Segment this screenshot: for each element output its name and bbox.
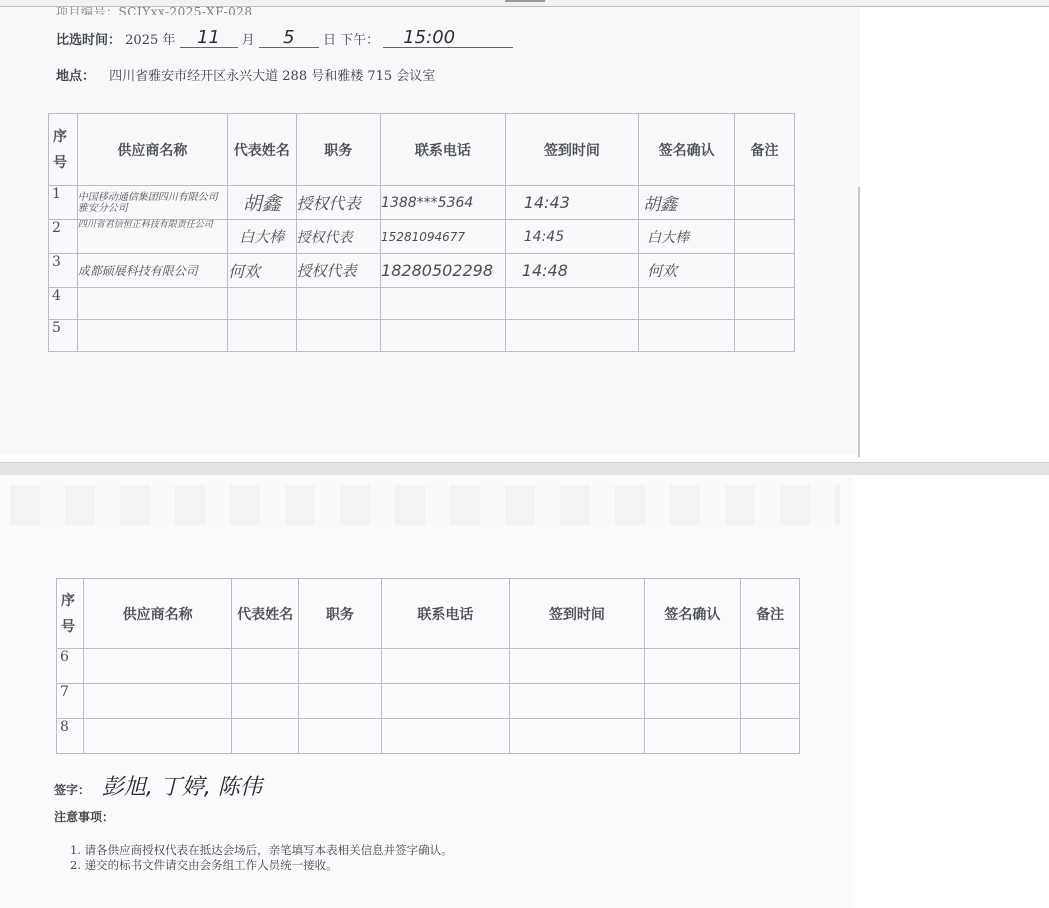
table-row: 8 [57,719,800,754]
row-signin-time [510,719,644,754]
header-phone: 联系电话 [381,114,506,186]
notes-list: 1. 请各供应商授权代表在抵达会场后，亲笔填写本表相关信息并签字确认。 2. 递… [70,843,453,873]
row-note [741,649,800,684]
header-signature: 签名确认 [644,579,741,649]
day-field: 5 [259,29,319,48]
row-rep-name [232,719,299,754]
table-row: 5 [49,320,795,352]
bid-time-line: 比选时间： 2025 年 11 月 5 日 下午： 15:00 [56,29,513,48]
document-page-1: 项目编号：SCJYxx-2025-XF-028 比选时间： 2025 年 11 … [0,7,860,455]
row-supplier [83,719,231,754]
notes-title: 注意事项： [54,808,114,825]
table-row: 3 成都硕展科技有限公司 何欢 授权代表 18280502298 14:48 何… [49,254,795,288]
row-seq: 4 [49,288,78,320]
row-note [741,684,800,719]
note-item: 1. 请各供应商授权代表在抵达会场后，亲笔填写本表相关信息并签字确认。 [70,843,453,858]
header-signin-time: 签到时间 [510,579,644,649]
row-phone [381,649,509,684]
row-signature [644,719,741,754]
row-signin-time: 14:48 [505,254,638,288]
row-supplier: 中国移动通信集团四川有限公司雅安分公司 [77,186,227,220]
row-note [735,320,795,352]
bid-time-label: 比选时间： [56,33,121,48]
row-phone [381,684,509,719]
note-item: 2. 递交的标书文件请交由会务组工作人员统一接收。 [70,858,453,873]
row-supplier: 成都硕展科技有限公司 [77,254,227,288]
table-row: 1 中国移动通信集团四川有限公司雅安分公司 胡鑫 授权代表 1388***536… [49,186,795,220]
row-seq: 6 [57,649,84,684]
row-title: 授权代表 [296,220,381,254]
signin-table-page1: 序号 供应商名称 代表姓名 职务 联系电话 签到时间 签名确认 备注 1 中国移… [48,113,795,352]
row-signature [639,288,735,320]
scroll-thumb[interactable] [505,0,545,2]
row-supplier: 四川省君信恒正科技有限责任公司 [77,220,227,254]
row-phone: 18280502298 [381,254,506,288]
row-supplier [77,288,227,320]
header-seq: 序号 [57,579,84,649]
row-title [299,649,382,684]
header-title: 职务 [296,114,381,186]
row-rep-name [232,684,299,719]
row-seq: 1 [49,186,78,220]
row-signin-time [505,288,638,320]
row-rep-name: 胡鑫 [228,186,296,220]
scan-bleed-through [10,485,840,525]
row-title [299,719,382,754]
month-unit: 月 [242,33,255,48]
location-value: 四川省雅安市经开区永兴大道 288 号和雅楼 715 会议室 [109,69,435,84]
row-supplier [77,320,227,352]
row-rep-name [228,320,296,352]
header-signature: 签名确认 [639,114,735,186]
hour-field: 15:00 [383,29,513,48]
row-phone: 1388***5364 [381,186,506,220]
row-note [735,288,795,320]
row-phone: 15281094677 [381,220,506,254]
header-note: 备注 [741,579,800,649]
row-phone [381,719,509,754]
year-text: 2025 年 [125,33,175,48]
row-seq: 8 [57,719,84,754]
row-signature: 何欢 [639,254,735,288]
row-phone [381,320,506,352]
header-supplier: 供应商名称 [83,579,231,649]
row-signin-time [505,320,638,352]
row-note [735,254,795,288]
row-rep-name: 白大棒 [228,220,296,254]
month-field: 11 [180,29,238,48]
day-unit: 日 下午： [323,33,379,48]
row-phone [381,288,506,320]
signature-label: 签字： [54,783,90,797]
row-supplier [83,684,231,719]
row-title [296,288,381,320]
row-supplier [83,649,231,684]
row-signin-time: 14:45 [505,220,638,254]
location-label: 地点： [56,69,95,84]
signature-value: 彭旭, 丁婷, 陈伟 [102,775,262,800]
row-signin-time [510,684,644,719]
row-signature: 胡鑫 [639,186,735,220]
table-header-row: 序号 供应商名称 代表姓名 职务 联系电话 签到时间 签名确认 备注 [57,579,800,649]
header-rep-name: 代表姓名 [232,579,299,649]
row-rep-name: 何欢 [228,254,296,288]
signature-line: 签字： 彭旭, 丁婷, 陈伟 [54,770,262,801]
row-seq: 5 [49,320,78,352]
header-title: 职务 [299,579,382,649]
row-signature [644,684,741,719]
document-number: 项目编号：SCJYxx-2025-XF-028 [56,7,252,15]
row-note [735,220,795,254]
header-signin-time: 签到时间 [505,114,638,186]
header-phone: 联系电话 [381,579,509,649]
header-note: 备注 [735,114,795,186]
row-rep-name [228,288,296,320]
header-seq: 序号 [49,114,78,186]
row-note [741,719,800,754]
row-seq: 2 [49,220,78,254]
header-supplier: 供应商名称 [77,114,227,186]
viewer-top-scrollbar[interactable] [0,0,1049,7]
row-signature [644,649,741,684]
table-row: 4 [49,288,795,320]
row-seq: 3 [49,254,78,288]
row-signature [639,320,735,352]
page-edge-shadow [858,187,860,457]
row-signature: 白大棒 [639,220,735,254]
table-row: 7 [57,684,800,719]
row-seq: 7 [57,684,84,719]
location-line: 地点： 四川省雅安市经开区永兴大道 288 号和雅楼 715 会议室 [56,65,435,84]
row-title: 授权代表 [296,186,381,220]
row-title: 授权代表 [296,254,381,288]
table-header-row: 序号 供应商名称 代表姓名 职务 联系电话 签到时间 签名确认 备注 [49,114,795,186]
header-rep-name: 代表姓名 [228,114,296,186]
table-row: 6 [57,649,800,684]
row-signin-time [510,649,644,684]
row-title [299,684,382,719]
signin-table-page2: 序号 供应商名称 代表姓名 职务 联系电话 签到时间 签名确认 备注 6 7 8 [56,578,800,754]
row-note [735,186,795,220]
row-title [296,320,381,352]
row-signin-time: 14:43 [505,186,638,220]
table-row: 2 四川省君信恒正科技有限责任公司 白大棒 授权代表 15281094677 1… [49,220,795,254]
page-separator [0,462,1049,475]
row-rep-name [232,649,299,684]
